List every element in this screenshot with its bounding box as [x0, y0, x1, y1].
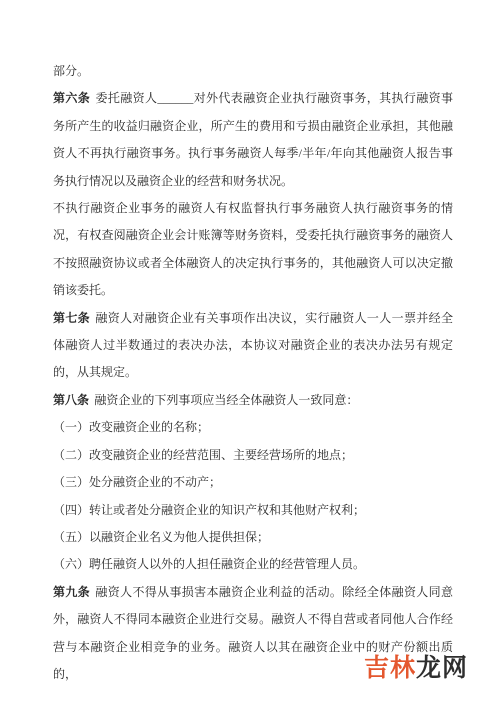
paragraph: 第七条融资人对融资企业有关事项作出决议，实行融资人一人一票并经全体融资人过半数通…	[53, 305, 453, 387]
article-number: 第七条	[53, 311, 90, 325]
paragraph: 第八条融资企业的下列事项应当经全体融资人一致同意：	[53, 387, 453, 414]
list-item: （三）处分融资企业的不动产；	[53, 469, 453, 496]
document-page: 部分。 第六条委托融资人______对外代表融资企业执行融资事务，其执行融资事务…	[0, 0, 500, 707]
paragraph-text: 不执行融资企业事务的融资人有权监督执行事务融资人执行融资事务的情况，有权查阅融资…	[53, 201, 453, 297]
article-number: 第六条	[53, 91, 90, 105]
paragraph-text: 部分。	[53, 64, 89, 78]
paragraph: 部分。	[53, 58, 453, 85]
paragraph-text: （一）改变融资企业的名称；	[53, 420, 209, 434]
paragraph: 不执行融资企业事务的融资人有权监督执行事务融资人执行融资事务的情况，有权查阅融资…	[53, 195, 453, 305]
list-item: （六）聘任融资人以外的人担任融资企业的经营管理人员。	[53, 551, 453, 578]
watermark-part-orange: 吉林	[364, 654, 416, 682]
list-item: （一）改变融资企业的名称；	[53, 414, 453, 441]
paragraph: 第六条委托融资人______对外代表融资企业执行融资事务，其执行融资事务所产生的…	[53, 85, 453, 195]
article-number: 第九条	[53, 585, 90, 599]
list-item: （五）以融资企业名义为他人提供担保；	[53, 524, 453, 551]
document-body: 部分。 第六条委托融资人______对外代表融资企业执行融资事务，其执行融资事务…	[53, 58, 453, 688]
paragraph-text: （三）处分融资企业的不动产；	[53, 475, 221, 489]
paragraph-text: （四）转让或者处分融资企业的知识产权和其他财产权利；	[53, 503, 365, 517]
site-watermark: 吉林龙网	[364, 655, 468, 682]
paragraph-text: 融资人对融资企业有关事项作出决议，实行融资人一人一票并经全体融资人过半数通过的表…	[53, 311, 453, 380]
list-item: （二）改变融资企业的经营范围、主要经营场所的地点；	[53, 442, 453, 469]
paragraph-text: （二）改变融资企业的经营范围、主要经营场所的地点；	[53, 448, 353, 462]
watermark-part-dark: 龙网	[416, 654, 468, 682]
paragraph-text: （六）聘任融资人以外的人担任融资企业的经营管理人员。	[53, 557, 365, 571]
paragraph-text: 委托融资人______对外代表融资企业执行融资事务，其执行融资事务所产生的收益归…	[53, 91, 453, 187]
paragraph-text: 融资企业的下列事项应当经全体融资人一致同意：	[94, 393, 358, 407]
article-number: 第八条	[53, 393, 89, 407]
list-item: （四）转让或者处分融资企业的知识产权和其他财产权利；	[53, 497, 453, 524]
paragraph-text: （五）以融资企业名义为他人提供担保；	[53, 530, 269, 544]
